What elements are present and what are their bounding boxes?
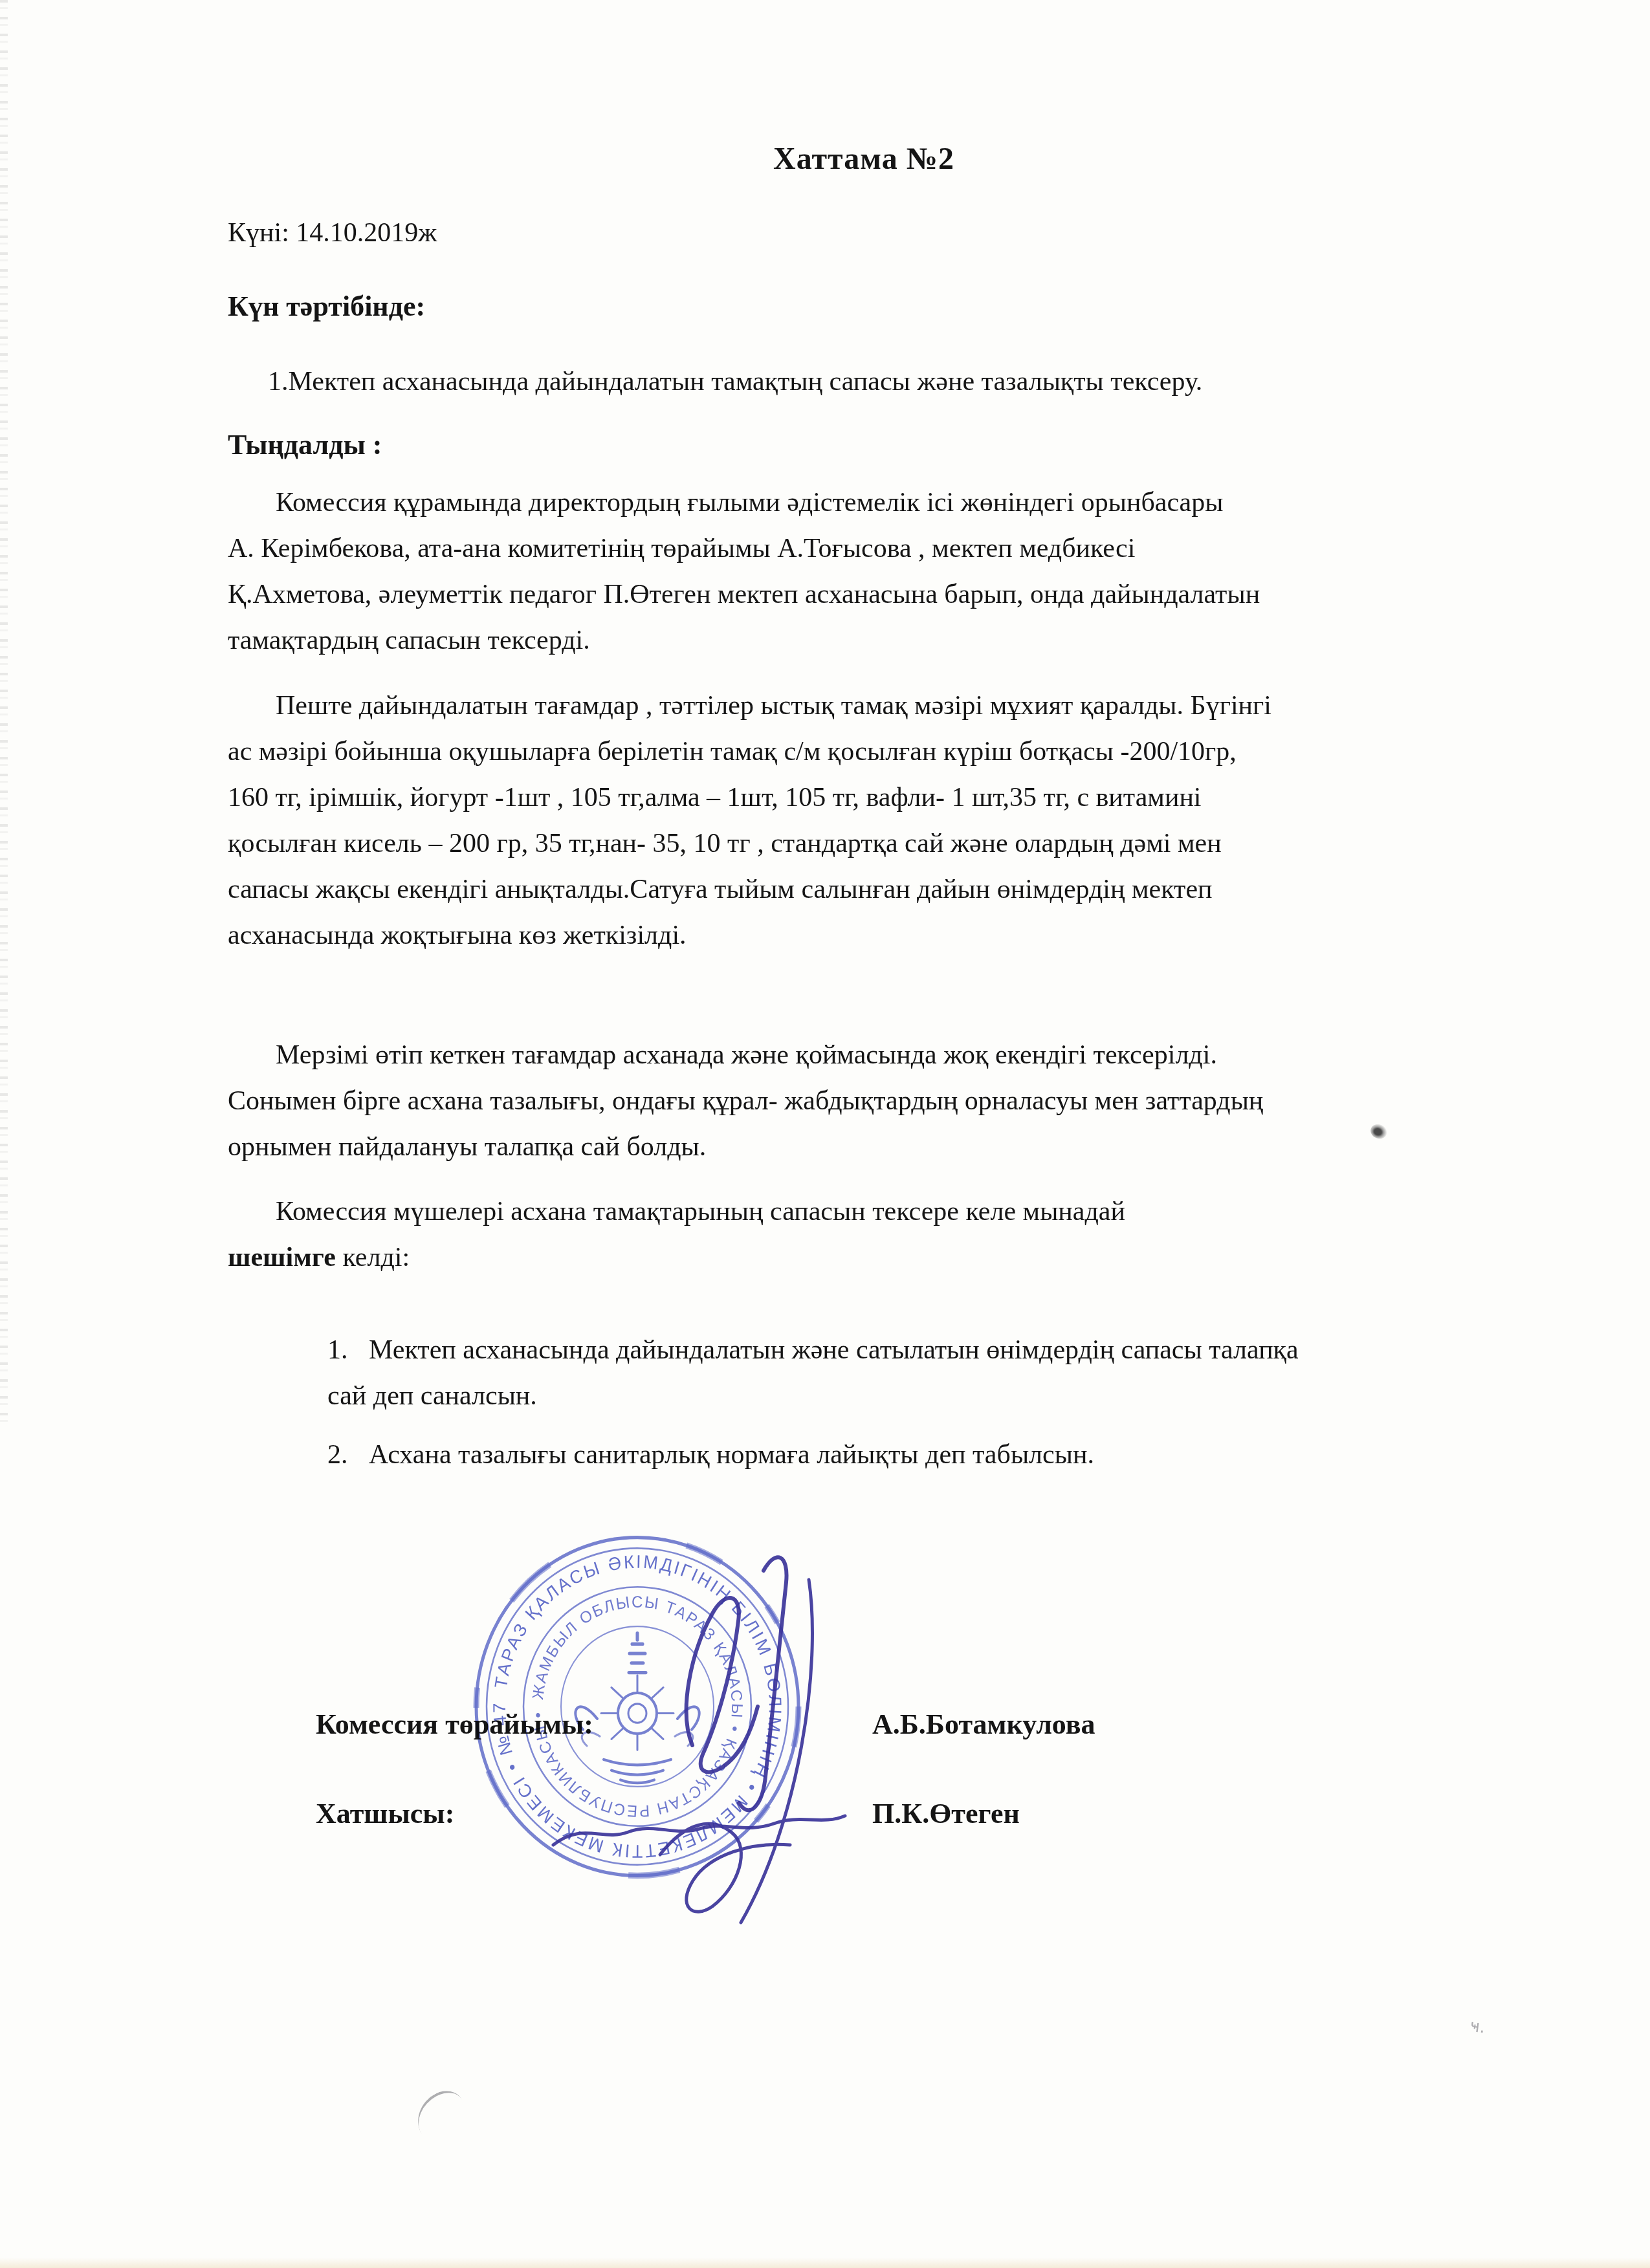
text-line: Сонымен бірге асхана тазалығы, ондағы құ… bbox=[228, 1078, 1263, 1124]
signature-name-secretary: П.К.Өтеген bbox=[872, 1797, 1020, 1830]
svg-text:ЖАМБЫЛ ОБЛЫСЫ ТАРАЗ ҚАЛАСЫ • Қ: ЖАМБЫЛ ОБЛЫСЫ ТАРАЗ ҚАЛАСЫ • ҚАЗАҚСТАН Р… bbox=[529, 1593, 745, 1820]
text-rest: келді: bbox=[336, 1243, 410, 1272]
stamp-inner-ring-text: ЖАМБЫЛ ОБЛЫСЫ ТАРАЗ ҚАЛАСЫ • ҚАЗАҚСТАН Р… bbox=[529, 1593, 745, 1820]
decision-item-2: 2.Асхана тазалығы санитарлық нормаға лай… bbox=[327, 1432, 1299, 1478]
list-number: 2. bbox=[327, 1432, 369, 1478]
paragraph-commission: Комессия құрамында директордың ғылыми әд… bbox=[228, 480, 1260, 664]
scanned-document-page: Хаттама №2 Күні: 14.10.2019ж Күн тәртібі… bbox=[0, 0, 1650, 2268]
stamp-emblem bbox=[575, 1633, 699, 1783]
text-line: асханасында жоқтығына көз жеткізілді. bbox=[228, 913, 1271, 959]
pen-signatures bbox=[553, 1557, 845, 1923]
bold-word: шешімге bbox=[228, 1243, 336, 1272]
text-line: орнымен пайдалануы талапқа сай болды. bbox=[228, 1124, 1263, 1170]
secretary-signature bbox=[553, 1816, 845, 1845]
paragraph-expiry-check: Мерзімі өтіп кеткен тағамдар асханада жә… bbox=[228, 1032, 1263, 1170]
text-line: сапасы жақсы екендігі анықталды.Сатуға т… bbox=[228, 867, 1271, 913]
signature-role-chairman: Комессия төрайымы: bbox=[316, 1708, 593, 1741]
decision-text: Асхана тазалығы санитарлық нормаға лайық… bbox=[369, 1440, 1094, 1470]
scan-smudge-artifact bbox=[1369, 1122, 1389, 1141]
text-line: 2.Асхана тазалығы санитарлық нормаға лай… bbox=[327, 1432, 1299, 1478]
agenda-item: 1.Мектеп асханасында дайындалатын тамақт… bbox=[228, 364, 1202, 400]
text-line: Комессия құрамында директордың ғылыми әд… bbox=[228, 480, 1260, 526]
text-line: сай деп саналсын. bbox=[327, 1373, 1299, 1419]
pencil-mark-artifact bbox=[408, 2084, 467, 2133]
text-line: Пеште дайындалатын тағамдар , тәттілер ы… bbox=[228, 683, 1271, 729]
signature-name-chairman: А.Б.Ботамкулова bbox=[872, 1708, 1095, 1741]
text-line: Мерзімі өтіп кеткен тағамдар асханада жә… bbox=[228, 1032, 1263, 1078]
decision-text: Мектеп асханасында дайындалатын және сат… bbox=[369, 1335, 1299, 1365]
faint-mark-artifact: ҹ. bbox=[1469, 2016, 1503, 2038]
text-line: тамақтардың сапасын тексерді. bbox=[228, 618, 1260, 664]
stamp-text: ТАРАЗ ҚАЛАСЫ ӘКІМДІГІНІҢ БІЛІМ БӨЛІМІНІҢ… bbox=[490, 1551, 786, 1862]
document-title: Хаттама №2 bbox=[39, 141, 1650, 177]
paragraph-menu-check: Пеште дайындалатын тағамдар , тәттілер ы… bbox=[228, 683, 1271, 959]
signature-role-secretary: Хатшысы: bbox=[316, 1797, 454, 1830]
stamp-outer-ring-text: ТАРАЗ ҚАЛАСЫ ӘКІМДІГІНІҢ БІЛІМ БӨЛІМІНІҢ… bbox=[490, 1551, 786, 1862]
text-line: Комессия мүшелері асхана тамақтарының са… bbox=[228, 1189, 1125, 1235]
svg-text:ТАРАЗ ҚАЛАСЫ ӘКІМДІГІНІҢ БІЛІМ: ТАРАЗ ҚАЛАСЫ ӘКІМДІГІНІҢ БІЛІМ БӨЛІМІНІҢ… bbox=[490, 1551, 786, 1862]
paragraph-conclusion: Комессия мүшелері асхана тамақтарының са… bbox=[228, 1189, 1125, 1281]
text-line: 160 тг, ірімшік, йогурт -1шт , 105 тг,ал… bbox=[228, 775, 1271, 821]
text-line: қосылған кисель – 200 гр, 35 тг,нан- 35,… bbox=[228, 821, 1271, 867]
chairman-signature bbox=[687, 1598, 758, 1772]
long-ink-stroke bbox=[741, 1580, 812, 1923]
heard-heading: Тыңдалды : bbox=[228, 427, 382, 463]
secretary-signature-loop bbox=[660, 1824, 790, 1912]
stamp-rings bbox=[476, 1538, 798, 1876]
agenda-heading: Күн тәртібінде: bbox=[228, 289, 425, 325]
text-line: шешімге келді: bbox=[228, 1235, 1125, 1281]
decision-item-1: 1.Мектеп асханасында дайындалатын және с… bbox=[327, 1327, 1299, 1419]
text-line: А. Керімбекова, ата-ана комитетінің төра… bbox=[228, 526, 1260, 572]
list-number: 1. bbox=[327, 1327, 369, 1373]
date-line: Күні: 14.10.2019ж bbox=[228, 215, 437, 251]
scan-bottom-edge bbox=[0, 2258, 1650, 2268]
text-line: 1.Мектеп асханасында дайындалатын және с… bbox=[327, 1327, 1299, 1373]
text-line: ас мәзірі бойынша оқушыларға берілетін т… bbox=[228, 729, 1271, 775]
chairman-signature-loop bbox=[739, 1557, 787, 1810]
decision-list: 1.Мектеп асханасында дайындалатын және с… bbox=[327, 1327, 1299, 1478]
text-line: Қ.Ахметова, әлеуметтік педагог П.Өтеген … bbox=[228, 572, 1260, 618]
scan-edge-artifact bbox=[0, 0, 8, 1423]
